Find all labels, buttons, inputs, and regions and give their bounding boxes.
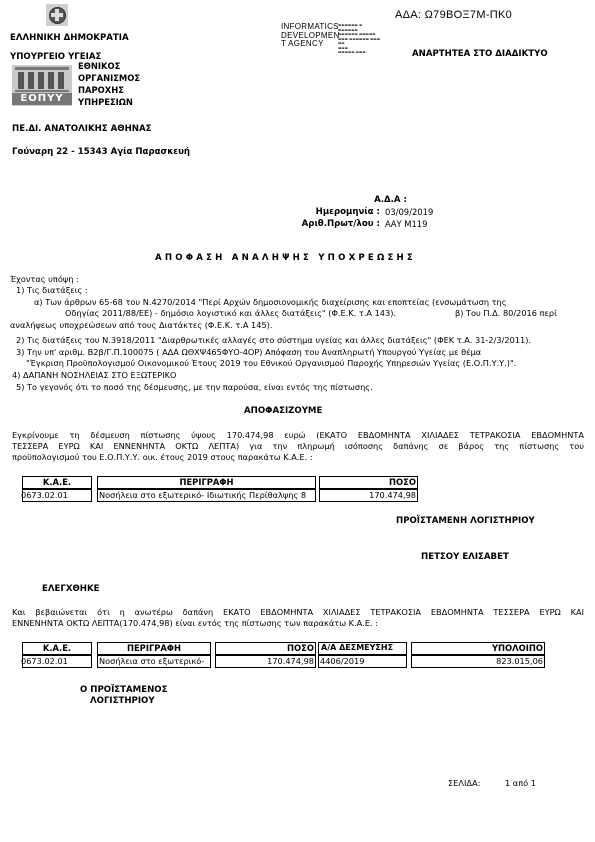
considering-item-3-line2: "Έγκριση Προϋπολογισμού Οικονομικού Έτου… — [26, 358, 516, 370]
considering-item-4: 4) ΔΑΠΑΝΗ ΝΟΣΗΛΕΙΑΣ ΣΤΟ ΕΞΩΤΕΡΙΚΟ — [12, 370, 176, 382]
decision-line-2: ΤΕΣΣΕΡΑ ΕΥΡΩ ΚΑΙ ΕΝΝΕΝΗΝΤΑ ΟΚΤΩ ΛΕΠΤΑ) γ… — [12, 441, 584, 453]
table2-cell-commitment-no: 4406/2019 — [319, 656, 406, 667]
table2-header-commitment-no: Α/Α ΔΕΣΜΕΥΣΗΣ — [319, 643, 406, 656]
table2-col-kae: Κ.Α.Ε. 0673.02.01 — [22, 642, 92, 668]
considering-item-1a-line1: α) Των άρθρων 65-68 του Ν.4270/2014 "Περ… — [34, 297, 507, 309]
table1-col-amount: ΠΟΣΟ 170.474,98 — [319, 476, 418, 502]
considering-item-2: 2) Τις διατάξεις του Ν.3918/2011 "Διαρθρ… — [16, 335, 531, 347]
document-title: ΑΠΟΦΑΣΗ ΑΝΑΛΗΨΗΣ ΥΠΟΧΡΕΩΣΗΣ — [155, 253, 416, 263]
greek-republic-emblem-icon — [46, 4, 68, 26]
table1-header-description: ΠΕΡΙΓΡΑΦΗ — [98, 477, 315, 490]
considering-item-5: 5) Το γεγονός ότι το ποσό της δέσμευσης,… — [16, 382, 373, 394]
date-value: 03/09/2019 — [385, 207, 433, 217]
table1-col-description: ΠΕΡΙΓΡΑΦΗ Νοσήλεια στο εξωτερικό- Ιδιωτι… — [97, 476, 316, 502]
considering-item-1b-line2: αναλήψεως υποχρεώσεων από τους Διατάκτες… — [10, 320, 272, 332]
considering-item-3-line1: 3) Την υπ' αριθμ. Β2β/Γ.Π.100075 ( ΑΔΑ Ω… — [16, 347, 481, 359]
page-label: ΣΕΛΙΔΑ: — [448, 778, 480, 790]
department-label: ΠΕ.ΔΙ. ΑΝΑΤΟΛΙΚΗΣ ΑΘΗΝΑΣ — [12, 124, 152, 134]
head-accounting-role: ΠΡΟΪΣΤΑΜΕΝΗ ΛΟΓΙΣΤΗΡΙΟΥ — [396, 516, 535, 526]
considering-item-1: 1) Τις διατάξεις : — [16, 285, 88, 297]
page-number: 1 από 1 — [505, 778, 536, 790]
table2-header-description: ΠΕΡΙΓΡΑΦΗ — [98, 643, 210, 656]
table1-col-kae: Κ.Α.Ε. 0673.02.01 — [22, 476, 92, 502]
protocol-value: ΑΑΥ Μ119 — [385, 219, 427, 229]
table2-col-description: ΠΕΡΙΓΡΑΦΗ Νοσήλεια στο εξωτερικό- — [97, 642, 211, 668]
table2-cell-description: Νοσήλεια στο εξωτερικό- — [98, 656, 210, 667]
verified-heading: ΕΛΕΓΧΘΗΚΕ — [42, 584, 100, 594]
decision-line-3: προϋπολογισμού του Ε.Ο.Π.Υ.Υ. οικ. έτους… — [12, 452, 313, 464]
table2-header-kae: Κ.Α.Ε. — [23, 643, 91, 656]
eopyy-logo: ΕΟΠΥΥ — [12, 65, 72, 106]
agency-name: INFORMATICS DEVELOPMEN T AGENCY — [281, 23, 340, 49]
considering-item-1b: β) Του Π.Δ. 80/2016 περί — [455, 308, 557, 320]
head-accounting-name: ΠΕΤΣΟΥ ΕΛΙΣΑΒΕΤ — [421, 552, 509, 562]
head-accounting-role-line2: ΛΟΓΙΣΤΗΡΙΟΥ — [90, 696, 155, 706]
verification-line-1: Και βεβαιώνεται ότι η ανωτέρω δαπάνη ΕΚΑ… — [12, 607, 584, 619]
table1-cell-amount: 170.474,98 — [320, 490, 417, 501]
date-label: Ημερομηνία : — [280, 207, 380, 217]
table2-cell-balance: 823.015,06 — [412, 656, 544, 667]
table2-col-balance: ΥΠΟΛΟΙΠΟ 823.015,06 — [411, 642, 545, 668]
table1-cell-description: Νοσήλεια στο εξωτερικό- Ιδιωτικής Περίθα… — [98, 490, 315, 501]
table1-header-kae: Κ.Α.Ε. — [23, 477, 91, 490]
considering-intro: Έχοντας υπόψη : — [10, 274, 79, 286]
table2-col-amount: ΠΟΣΟ 170.474,98 — [215, 642, 316, 668]
org-name: ΕΘΝΙΚΟΣ ΟΡΓΑΝΙΣΜΟΣ ΠΑΡΟΧΗΣ ΥΠΗΡΕΣΙΩΝ — [78, 60, 140, 108]
ada-top-code: ΑΔΑ: Ω79ΒΟΞ7Μ-ΠΚ0 — [395, 9, 512, 21]
table2-col-commitment-no: Α/Α ΔΕΣΜΕΥΣΗΣ 4406/2019 — [318, 642, 407, 668]
republic-label: ΕΛΛΗΝΙΚΗ ΔΗΜΟΚΡΑΤΙΑ — [10, 33, 129, 43]
posted-online-label: ΑΝΑΡΤΗΤΕΑ ΣΤΟ ΔΙΑΔΙΚΤΥΟ — [412, 49, 548, 59]
head-accounting-role-line1: Ο ΠΡΟΪΣΤΑΜΕΝΟΣ — [80, 685, 167, 695]
table2-cell-kae: 0673.02.01 — [20, 656, 91, 667]
decision-heading: ΑΠΟΦΑΣΙΖΟΥΜΕ — [244, 406, 322, 416]
agency-small-print: ▬▬▬▬▬▬ ▬▬▬▬▬▬▬▬▬▬▬▬▬ ▬▬▬▬▬▬▬▬ ▬▬▬▬▬▬ ▬▬▬… — [338, 23, 380, 55]
address-label: Γούναρη 22 - 15343 Αγία Παρασκευή — [12, 147, 190, 157]
table2-cell-amount: 170.474,98 — [216, 656, 315, 667]
verification-line-2: ΕΝΝΕΝΗΝΤΑ ΟΚΤΩ ΛΕΠΤΑ(170.474,98) είναι ε… — [12, 618, 378, 630]
protocol-label: Αριθ.Πρωτ/λου : — [280, 219, 380, 229]
table1-cell-kae: 0673.02.01 — [20, 490, 91, 501]
ada-label: Α.Δ.Α : — [300, 195, 407, 205]
considering-item-1a-line2: Οδηγίας 2011/88/ΕΕ) - δημόσιο λογιστικό … — [65, 308, 396, 320]
table1-header-amount: ΠΟΣΟ — [320, 477, 417, 490]
table2-header-balance: ΥΠΟΛΟΙΠΟ — [412, 643, 544, 656]
table2-header-amount: ΠΟΣΟ — [216, 643, 315, 656]
decision-line-1: Εγκρίνουμε τη δέσμευση πίστωσης ύψους 17… — [12, 430, 584, 442]
